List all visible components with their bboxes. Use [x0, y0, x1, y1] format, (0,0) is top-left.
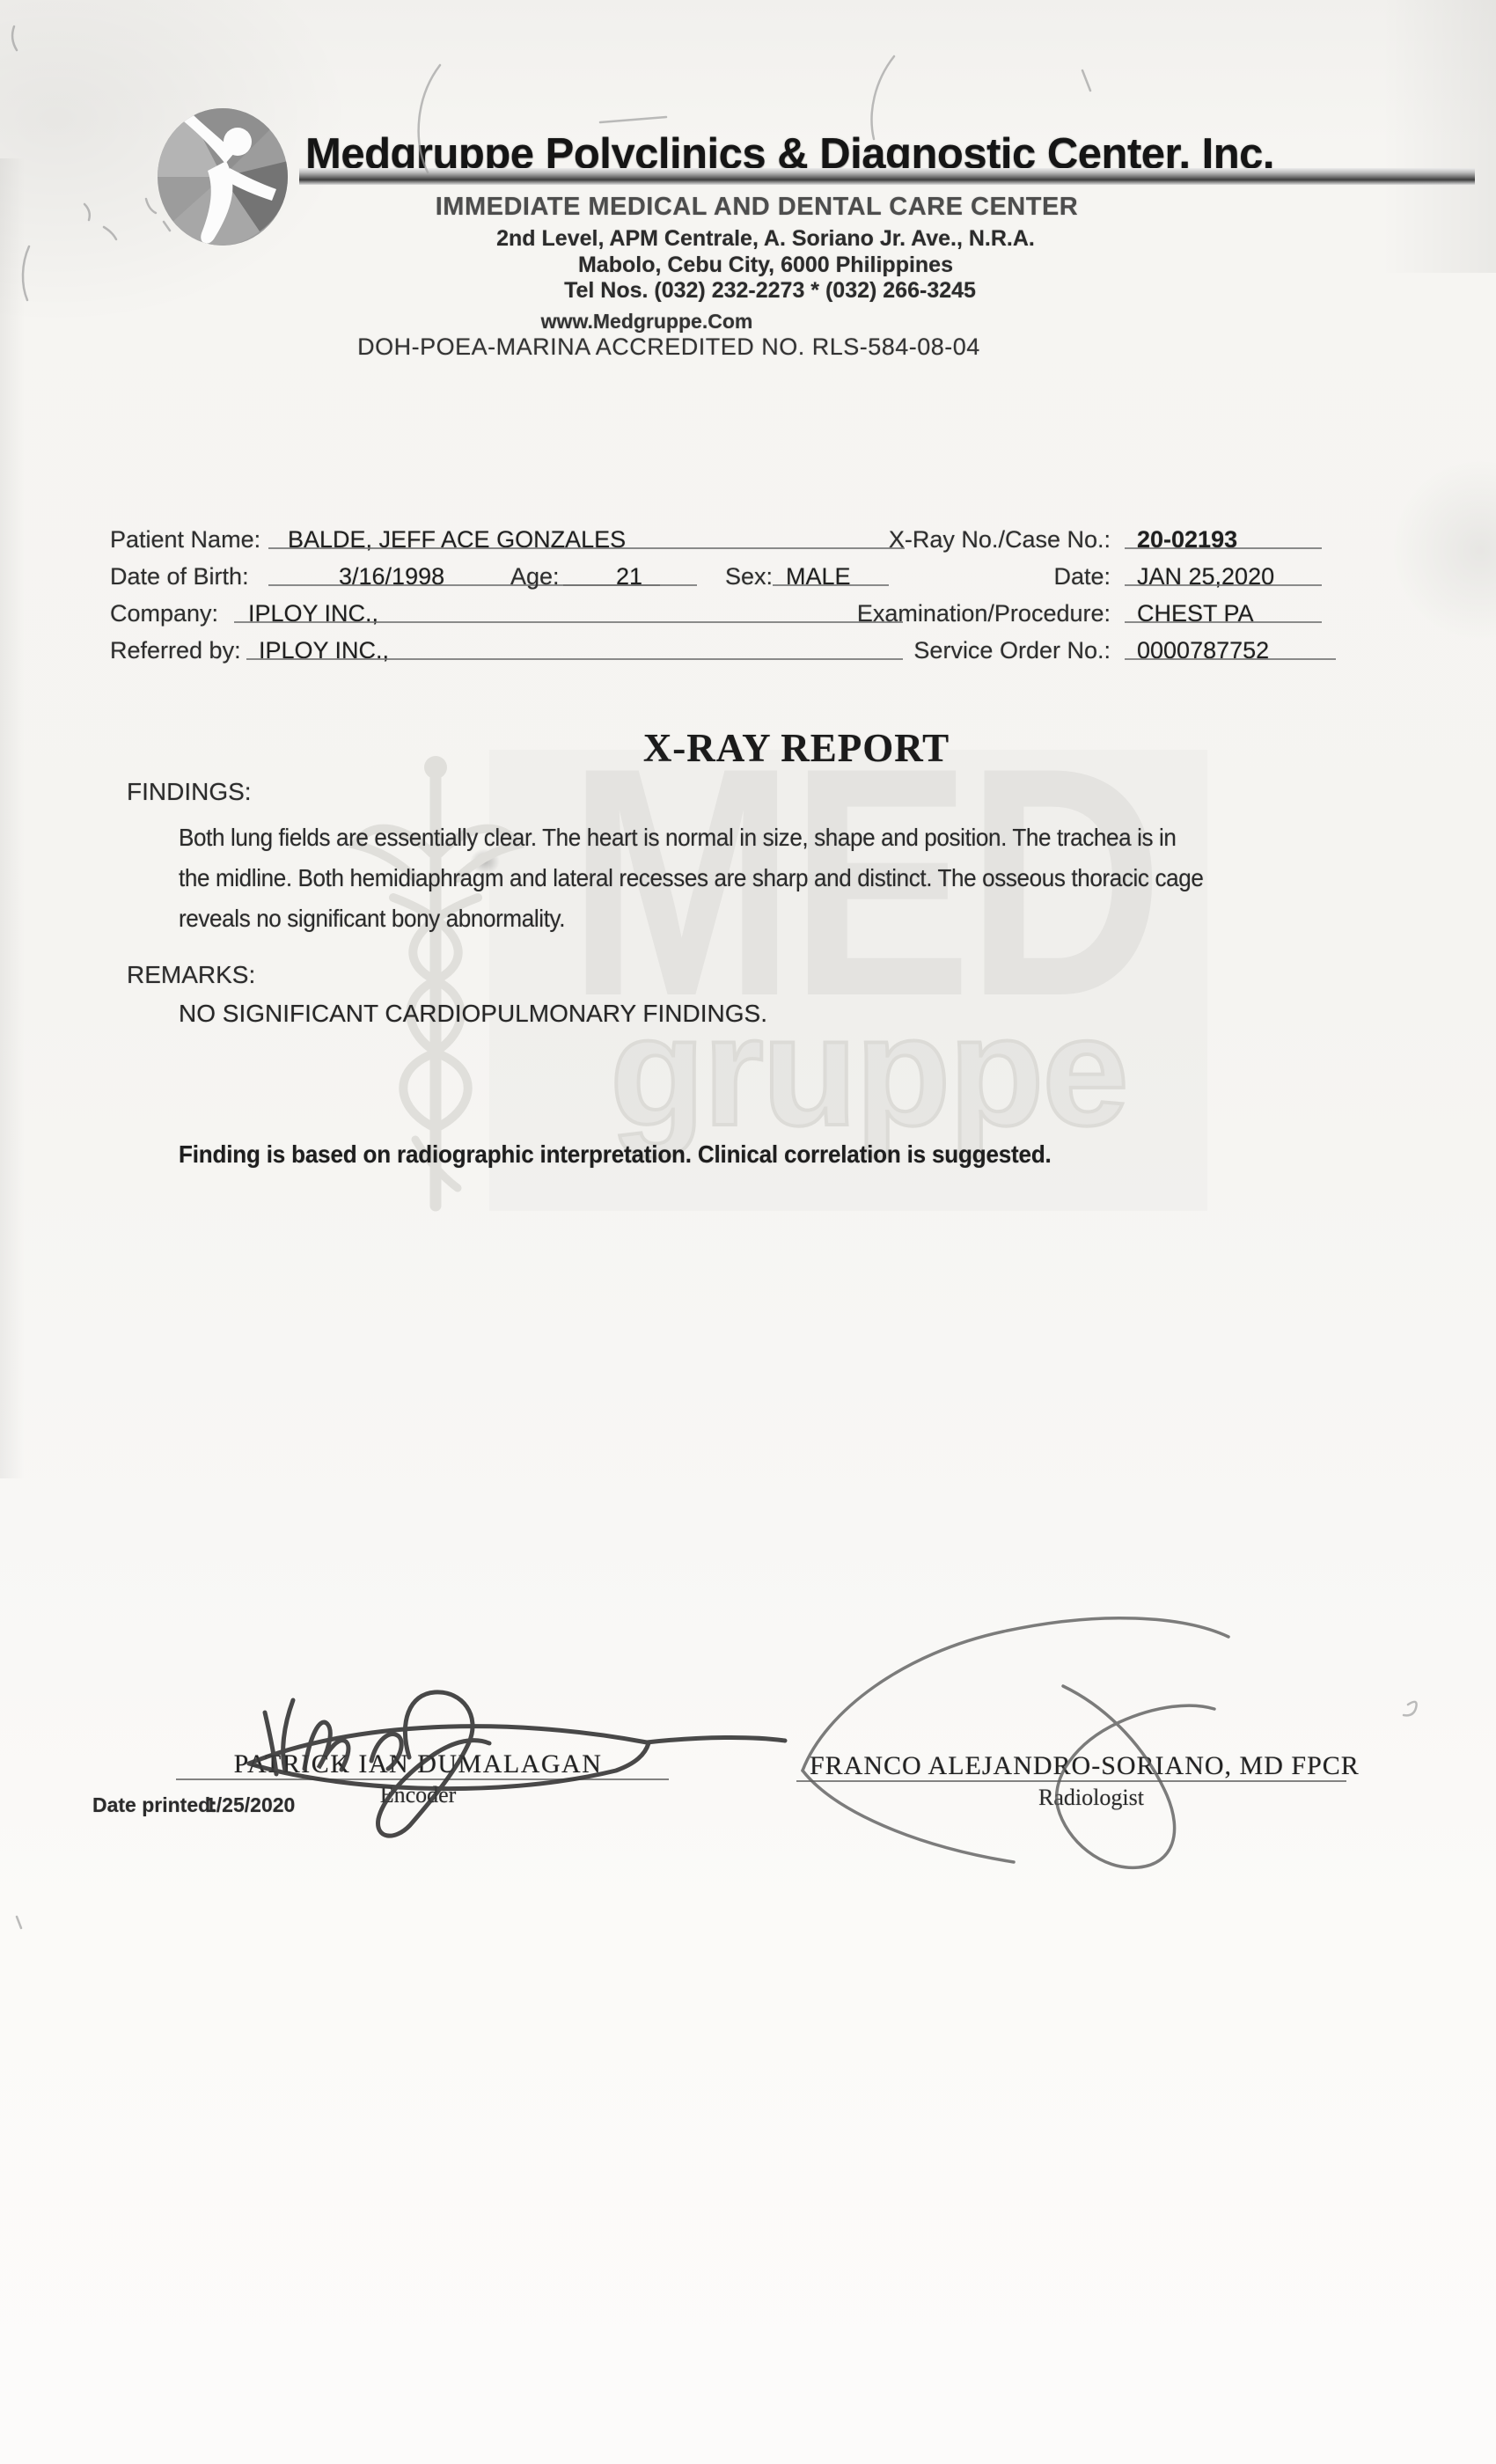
encoder-signature-ink: [249, 1692, 785, 1836]
xray-report-scan: MED gruppe Medgruppe Polyclinics & Diagn…: [0, 0, 1496, 2464]
ink-overlay: [0, 0, 1496, 2464]
radiologist-signature-ink: [803, 1618, 1228, 1868]
scan-artifact-marks: [12, 26, 1417, 1928]
